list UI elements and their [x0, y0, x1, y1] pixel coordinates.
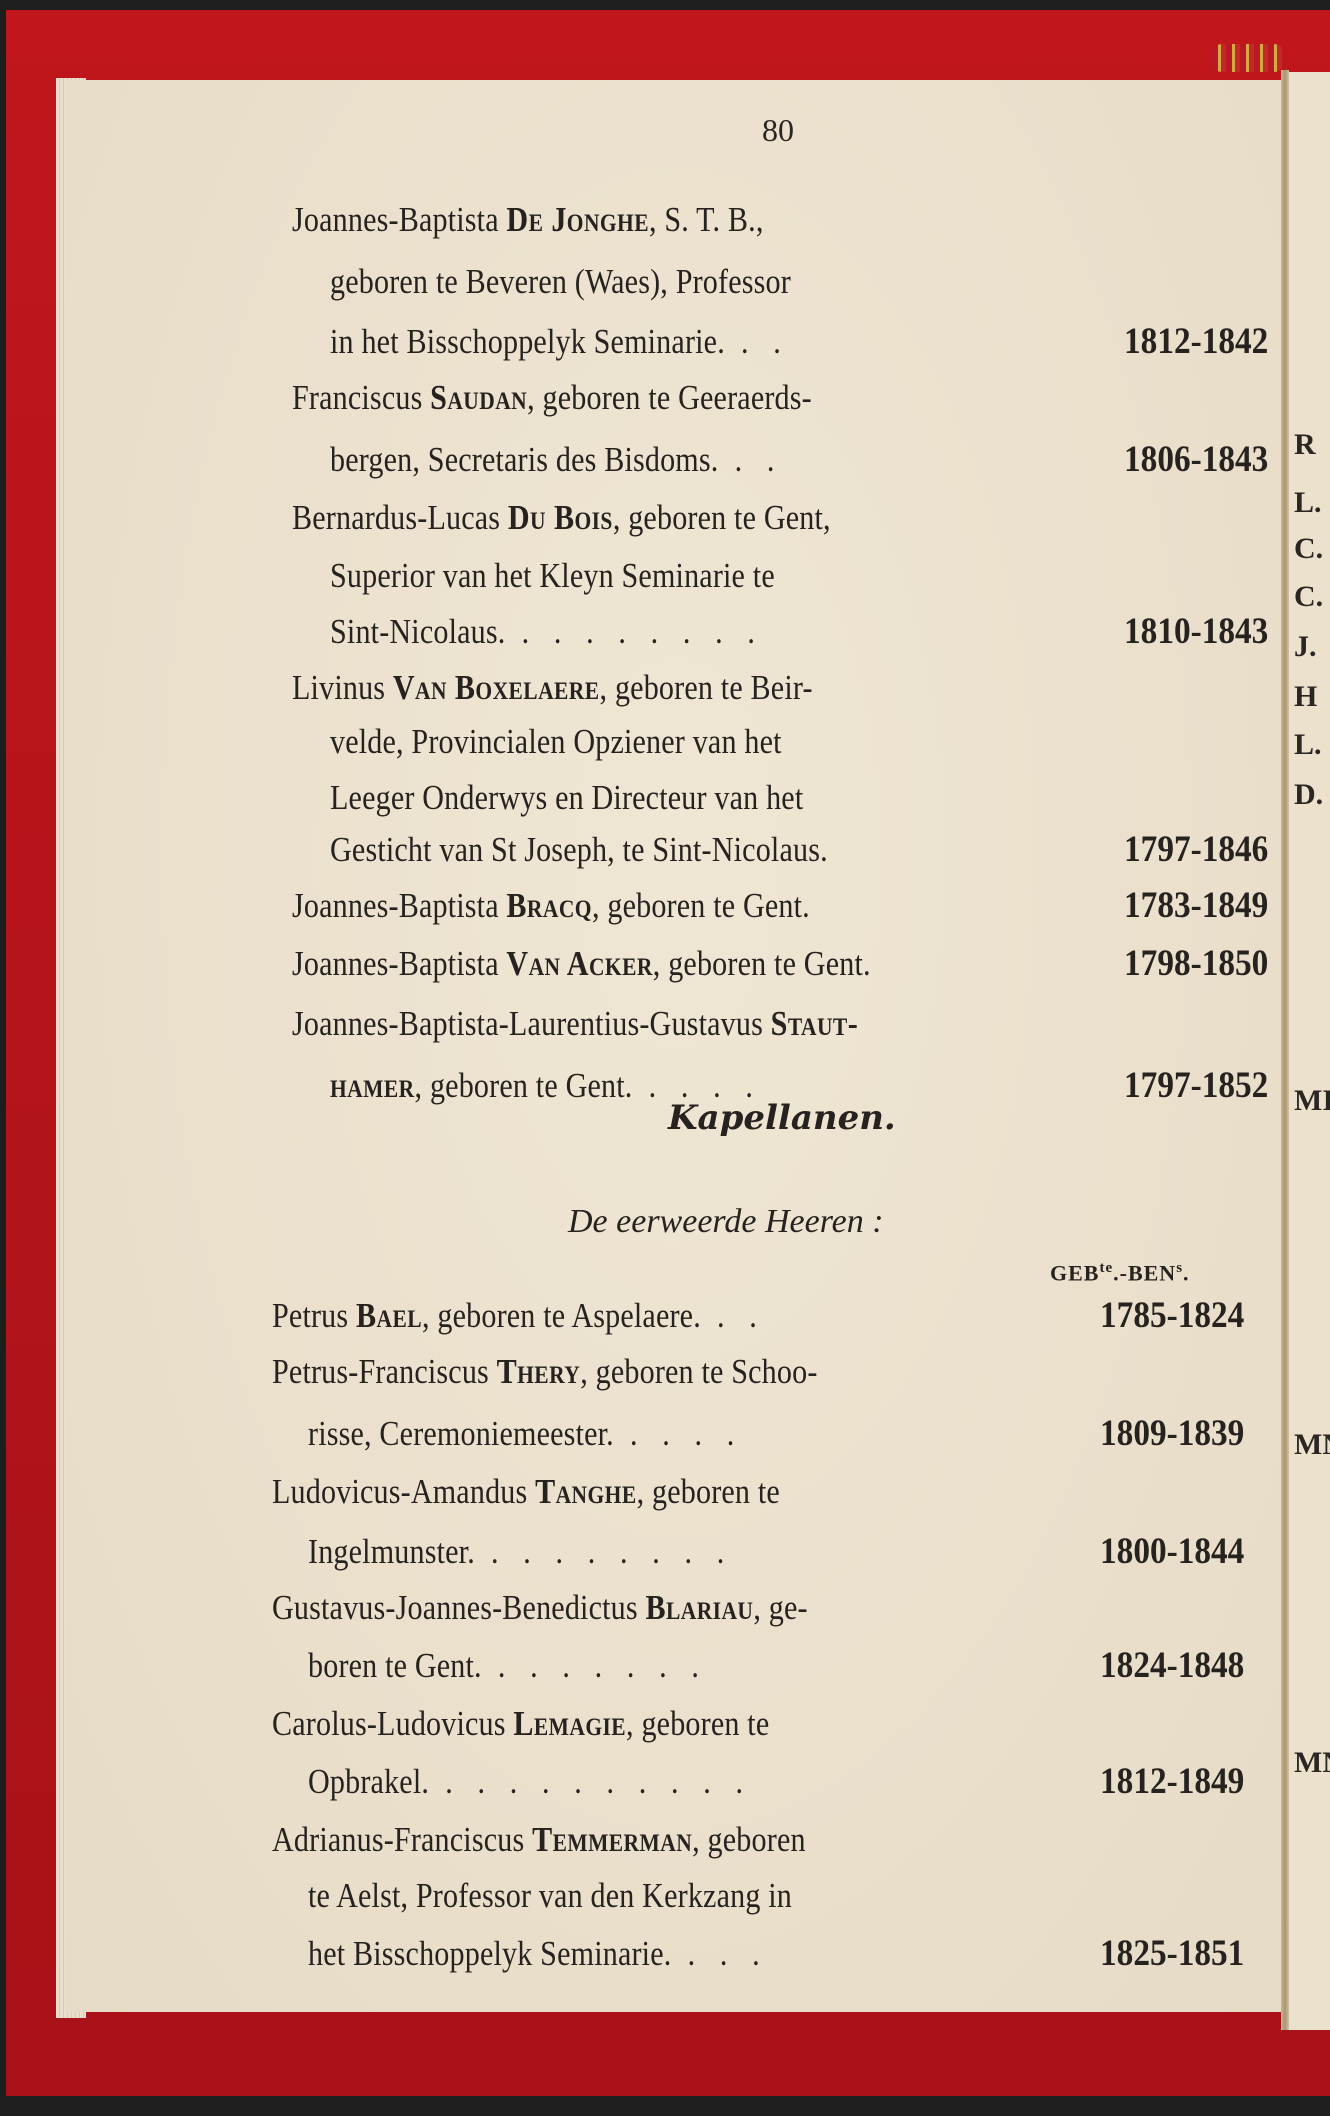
section-heading-kapellanen: Kapellanen.	[668, 1098, 896, 1138]
leader-dots: . .	[718, 440, 783, 479]
surname: De Jonghe	[506, 200, 649, 239]
entry-line: Livinus Van Boxelaere, geboren te Beir-	[292, 668, 813, 708]
entry-line: Ingelmunster. . . . . . . . .	[308, 1532, 733, 1572]
entry-line: Carolus-Ludovicus Lemagie, geboren te	[272, 1704, 769, 1744]
entry-text: Joannes-Baptista	[292, 886, 506, 925]
entry-text: , geboren te Gent,	[613, 498, 831, 537]
entry-text: Bernardus-Lucas	[292, 498, 508, 537]
entry-text: risse, Ceremoniemeester.	[308, 1414, 614, 1453]
entry-text: , geboren te Beir-	[600, 668, 813, 707]
entry-text: Joannes-Baptista	[292, 944, 506, 983]
page-content: 80 Joannes-Baptista De Jonghe, S. T. B.,…	[0, 0, 1330, 2116]
surname: Temmerman	[532, 1820, 692, 1859]
surname: Saudan	[430, 378, 527, 417]
entry-line: geboren te Beveren (Waes), Professor	[330, 262, 791, 302]
entry-text: , geboren te	[626, 1704, 769, 1743]
entry-text: het Bisschoppelyk Seminarie.	[308, 1934, 671, 1973]
entry-text: , geboren te	[637, 1472, 780, 1511]
surname: Tanghe	[535, 1472, 637, 1511]
surname: Du Bois	[508, 498, 613, 537]
year-range: 1806-1843	[1124, 438, 1268, 481]
year-range: 1800-1844	[1100, 1530, 1244, 1573]
entry-text: , geboren te Schoo-	[580, 1352, 817, 1391]
surname: Bael	[356, 1296, 422, 1335]
entry-text: Opbrakel.	[308, 1762, 429, 1801]
leader-dots: . . .	[671, 1934, 768, 1973]
entry-text: geboren te Beveren (Waes), Professor	[330, 262, 791, 301]
surname: Van Boxelaere	[393, 668, 600, 707]
year-range: 1797-1846	[1124, 828, 1268, 871]
facing-page-letter: J.	[1294, 630, 1317, 664]
year-range: 1824-1848	[1100, 1644, 1244, 1687]
entry-text: velde, Provincialen Opziener van het	[330, 722, 782, 761]
year-range: 1785-1824	[1100, 1294, 1244, 1337]
entry-line: velde, Provincialen Opziener van het	[330, 722, 782, 762]
entry-text: , geboren	[692, 1820, 806, 1859]
surname: Staut-	[771, 1004, 858, 1043]
leader-dots: . . . . . . . .	[505, 612, 763, 651]
entry-line: Gustavus-Joannes-Benedictus Blariau, ge-	[272, 1588, 808, 1628]
entry-line: Adrianus-Franciscus Temmerman, geboren	[272, 1820, 806, 1860]
year-range: 1810-1843	[1124, 610, 1268, 653]
entry-text: Petrus	[272, 1296, 356, 1335]
entry-text: Leeger Onderwys en Directeur van het	[330, 778, 803, 817]
entry-text: , ge-	[753, 1588, 807, 1627]
year-range: 1797-1852	[1124, 1064, 1268, 1107]
facing-page-letter: MN	[1294, 1746, 1330, 1780]
surname: Blariau	[645, 1588, 753, 1627]
year-range: 1798-1850	[1124, 942, 1268, 985]
entry-text: Superior van het Kleyn Seminarie te	[330, 556, 775, 595]
year-range: 1809-1839	[1100, 1412, 1244, 1455]
year-range: 1812-1849	[1100, 1760, 1244, 1803]
entry-text: Franciscus	[292, 378, 430, 417]
entry-text: Gesticht van St Joseph, te Sint-Nicolaus…	[330, 830, 828, 869]
year-range: 1783-1849	[1124, 884, 1268, 927]
facing-page-letter: L.	[1294, 728, 1322, 762]
entry-line: Sint-Nicolaus. . . . . . . . .	[330, 612, 763, 652]
leader-dots: . .	[701, 1296, 766, 1335]
entry-text: , geboren te Geeraerds-	[527, 378, 812, 417]
entry-text: , S. T. B.,	[649, 200, 764, 239]
entry-line: Joannes-Baptista Van Acker, geboren te G…	[292, 944, 871, 984]
entry-text: Ludovicus-Amandus	[272, 1472, 535, 1511]
facing-page-letter: C.	[1294, 580, 1323, 614]
entry-line: bergen, Secretaris des Bisdoms. . .	[330, 440, 783, 480]
surname: hamer	[330, 1066, 415, 1105]
entry-line: in het Bisschoppelyk Seminarie. . .	[330, 322, 789, 362]
facing-page-letter: C.	[1294, 532, 1323, 566]
entry-line: Joannes-Baptista-Laurentius-Gustavus Sta…	[292, 1004, 858, 1044]
surname: Thery	[497, 1352, 581, 1391]
entry-line: Petrus-Franciscus Thery, geboren te Scho…	[272, 1352, 818, 1392]
entry-line: Joannes-Baptista Bracq, geboren te Gent.	[292, 886, 810, 926]
facing-page-letter: R	[1294, 428, 1316, 462]
page-number: 80	[762, 112, 794, 149]
leader-dots: . . . . . . . .	[475, 1532, 733, 1571]
entry-text: Carolus-Ludovicus	[272, 1704, 513, 1743]
entry-line: boren te Gent. . . . . . . .	[308, 1646, 708, 1686]
entry-text: Joannes-Baptista	[292, 200, 506, 239]
entry-text: , geboren te Gent.	[592, 886, 810, 925]
year-range: 1812-1842	[1124, 320, 1268, 363]
entry-text: , geboren te Gent.	[415, 1066, 633, 1105]
entry-text: Gustavus-Joannes-Benedictus	[272, 1588, 645, 1627]
entry-text: te Aelst, Professor van den Kerkzang in	[308, 1876, 792, 1915]
section-subheading: De eerweerde Heeren :	[568, 1203, 884, 1241]
entry-text: boren te Gent.	[308, 1646, 482, 1685]
entry-text: bergen, Secretaris des Bisdoms.	[330, 440, 718, 479]
entry-text: Joannes-Baptista-Laurentius-Gustavus	[292, 1004, 771, 1043]
facing-page-letter: MN	[1294, 1428, 1330, 1462]
leader-dots: . .	[725, 322, 790, 361]
entry-line: het Bisschoppelyk Seminarie. . . .	[308, 1934, 768, 1974]
entry-line: Franciscus Saudan, geboren te Geeraerds-	[292, 378, 812, 418]
entry-text: Sint-Nicolaus.	[330, 612, 505, 651]
entry-line: Petrus Bael, geboren te Aspelaere. . .	[272, 1296, 765, 1336]
year-range: 1825-1851	[1100, 1932, 1244, 1975]
entry-line: te Aelst, Professor van den Kerkzang in	[308, 1876, 792, 1916]
entry-text: , geboren te Aspelaere.	[422, 1296, 701, 1335]
entry-text: Ingelmunster.	[308, 1532, 475, 1571]
entry-text: Adrianus-Franciscus	[272, 1820, 532, 1859]
facing-page-letter: L.	[1294, 486, 1322, 520]
entry-line: Opbrakel. . . . . . . . . . .	[308, 1762, 752, 1802]
surname: Van Acker	[506, 944, 652, 983]
column-header-dates: GEBte.-BENs.	[1050, 1260, 1190, 1286]
entry-line: Superior van het Kleyn Seminarie te	[330, 556, 775, 596]
entry-text: in het Bisschoppelyk Seminarie.	[330, 322, 725, 361]
surname: Lemagie	[513, 1704, 626, 1743]
entry-text: , geboren te Gent.	[653, 944, 871, 983]
entry-line: Gesticht van St Joseph, te Sint-Nicolaus…	[330, 830, 828, 870]
leader-dots: . . . . . . . . . .	[429, 1762, 752, 1801]
entry-line: Leeger Onderwys en Directeur van het	[330, 778, 803, 818]
facing-page-letter: D.	[1294, 778, 1323, 812]
entry-line: Joannes-Baptista De Jonghe, S. T. B.,	[292, 200, 764, 240]
leader-dots: . . . . . . .	[482, 1646, 708, 1685]
entry-line: Ludovicus-Amandus Tanghe, geboren te	[272, 1472, 780, 1512]
facing-page-letter: MI	[1294, 1084, 1330, 1118]
surname: Bracq	[506, 886, 592, 925]
entry-line: Bernardus-Lucas Du Bois, geboren te Gent…	[292, 498, 831, 538]
entry-line: risse, Ceremoniemeester. . . . .	[308, 1414, 743, 1454]
entry-text: Petrus-Franciscus	[272, 1352, 497, 1391]
entry-text: Livinus	[292, 668, 393, 707]
leader-dots: . . . .	[614, 1414, 743, 1453]
facing-page-letter: H	[1294, 680, 1317, 714]
